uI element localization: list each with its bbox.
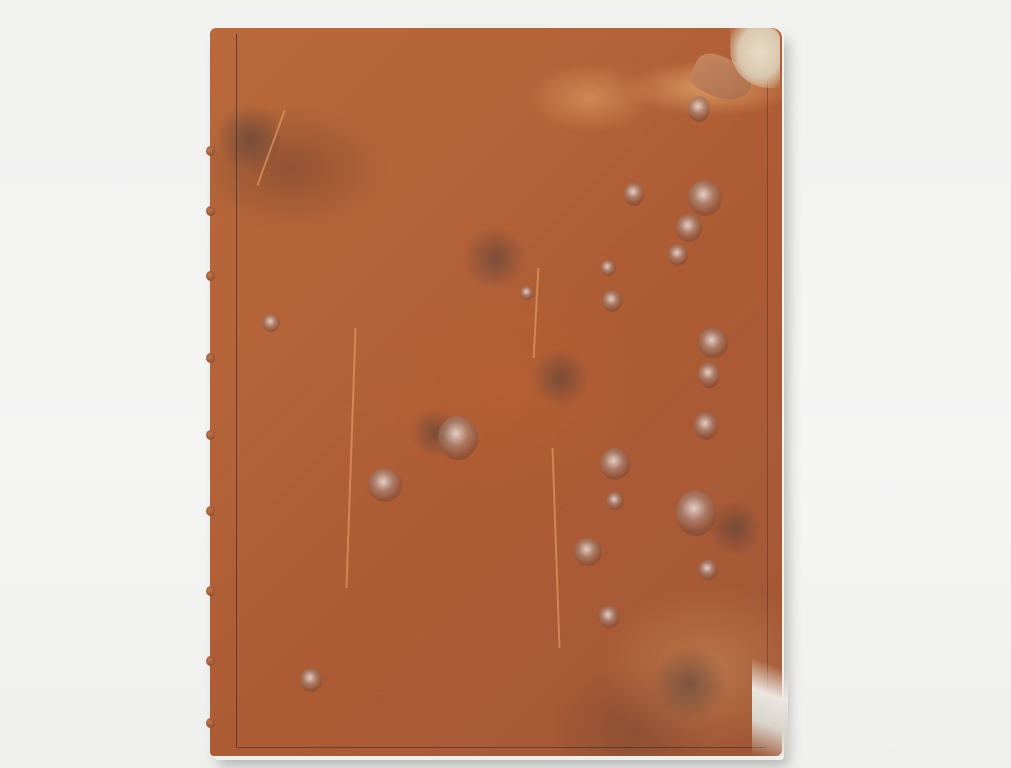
water-spot: [262, 314, 280, 332]
water-spot: [602, 290, 622, 312]
water-spot: [600, 448, 630, 480]
water-spot: [598, 606, 620, 628]
raised-band: [206, 430, 215, 440]
water-spot: [688, 96, 710, 122]
water-spot: [438, 416, 478, 460]
raised-band: [206, 353, 215, 363]
stain: [220, 98, 280, 178]
water-spot: [624, 182, 644, 206]
water-spot: [694, 412, 718, 440]
scratch: [533, 268, 540, 358]
raised-band: [206, 271, 215, 281]
water-spot: [676, 214, 702, 242]
stain: [530, 348, 590, 408]
water-spot: [300, 668, 322, 692]
book-cover: [210, 28, 782, 756]
stain: [460, 228, 530, 288]
cover-bottom-line: [238, 747, 766, 748]
scratch: [345, 328, 356, 588]
cover-edge-line: [767, 38, 768, 736]
water-spot: [606, 492, 624, 510]
worn-corner-bottom-right: [752, 646, 788, 756]
raised-band: [206, 656, 215, 666]
water-spot: [368, 468, 402, 502]
water-spot: [676, 490, 716, 536]
scratch: [552, 448, 561, 648]
raised-band: [206, 586, 215, 596]
raised-band: [206, 206, 215, 216]
stain: [650, 648, 730, 718]
water-spot: [668, 244, 688, 266]
water-spot: [600, 260, 616, 276]
raised-band: [206, 718, 215, 728]
water-spot: [698, 328, 728, 358]
water-spot: [520, 286, 534, 300]
water-spot: [698, 362, 720, 388]
raised-band: [206, 146, 215, 156]
water-spot: [574, 538, 602, 566]
stain: [710, 498, 760, 558]
photo-background: [0, 0, 1011, 768]
water-spot: [688, 180, 722, 216]
raised-band: [206, 506, 215, 516]
water-spot: [698, 560, 718, 580]
